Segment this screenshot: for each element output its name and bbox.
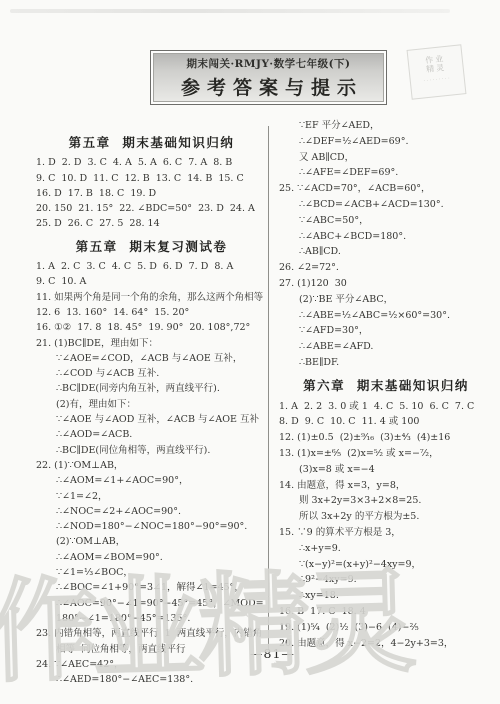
answer-line: ∵∠1=¹⁄₃∠BOC， xyxy=(36,565,267,580)
answer-line: 1. A 2. 2 3. 0 或 1 4. C 5. 10 6. C 7. C xyxy=(279,399,493,415)
page-number: —81— xyxy=(250,646,295,661)
answer-line: 21. (1)BC∥DE，理由如下： xyxy=(36,336,267,351)
answer-line: ∵∠AOE=∠COD，∠ACB 与∠AOE 互补， xyxy=(36,351,267,366)
answer-line: 14. 由题意，得 x=3，y=8， xyxy=(279,478,493,494)
section-heading: 第五章 期末基础知识归纳 xyxy=(36,128,267,155)
answer-line: 16. D 17. B 18. C 19. D xyxy=(36,186,267,201)
answer-line: ∵∠AFD=30°， xyxy=(279,323,493,339)
answer-line: 又 AB∥CD， xyxy=(279,150,493,166)
answer-line: ∴∠COD 与∠ACB 互补. xyxy=(36,366,267,381)
answer-line: 25. ∵∠ACD=70°，∠ACB=60°， xyxy=(279,181,493,197)
book-series-title: 期末闯关·RMJY·数学七年级(下) xyxy=(186,56,350,71)
answer-line: 24. ∵∠AEC=42°， xyxy=(36,657,267,672)
answer-line: 1. A 2. C 3. C 4. C 5. D 6. D 7. D 8. A xyxy=(36,259,267,274)
answer-line: 23. 内错角相等，两直线平行 1 两直线平行，内错角 xyxy=(36,626,267,641)
answer-line: 则 3x+2y=3×3+2×8=25. xyxy=(279,493,493,509)
answer-line: ∵(x−y)²=(x+y)²−4xy=9， xyxy=(279,557,493,573)
answer-line: ∴∠AOM=∠BOM=90°. xyxy=(36,550,267,565)
answer-line: 27. (1)120 30 xyxy=(279,276,493,292)
page-title: 参考答案与提示 xyxy=(174,73,363,100)
answer-line: ∵∠ABC=50°， xyxy=(279,213,493,229)
answer-line: ∴∠AOD=∠ACB. xyxy=(36,427,267,442)
answer-line: 15. ∵9 的算术平方根是 3， xyxy=(279,525,493,541)
answer-line: ∴∠NOC=∠2+∠AOC=90°. xyxy=(36,504,267,519)
answer-line: ∴∠NOD=180°−∠NOC=180°−90°=90°. xyxy=(36,519,267,534)
answer-line: ∴∠AOC=90°−∠1=90°−45°=45°，∠MOD= xyxy=(36,596,267,611)
answer-line: 25. D 26. C 27. 5 28. 14 xyxy=(36,216,267,231)
answer-line: (2)∵OM⊥AB， xyxy=(36,534,267,549)
answer-line: 26. ∠2=72°. xyxy=(279,260,493,276)
answer-line: ∴∠AFE=∠DEF=69°. xyxy=(279,165,493,181)
scanned-answer-page: { "header": { "series_line": "期末闯关·RMJY·… xyxy=(0,0,500,704)
answer-line: (2)有，理由如下： xyxy=(36,397,267,412)
answer-line: ∴BC∥DE(同位角相等，两直线平行). xyxy=(36,443,267,458)
answer-line: ∴∠BCD=∠ACB+∠ACD=130°. xyxy=(279,197,493,213)
answer-line: ∴∠ABC+∠BCD=180°. xyxy=(279,229,493,245)
answer-line: ∴9²−4xy=9. xyxy=(279,572,493,588)
answer-line: ∴AB∥CD. xyxy=(279,244,493,260)
answer-line: 8. D 9. C 10. C 11. 4 或 100 xyxy=(279,414,493,430)
section-heading: 第五章 期末复习测试卷 xyxy=(36,232,267,259)
answer-line: 20. 由题意，得 x−2=2，4−2y+3=3， xyxy=(279,636,493,652)
scan-shadow xyxy=(10,9,450,13)
answer-line: 9. C 10. A xyxy=(36,274,267,289)
answer-line: ∴∠BOC=∠1+90°=3∠1，解得∠1=45°， xyxy=(36,580,267,595)
answer-line: ∴BC∥DE(同旁内角互补，两直线平行). xyxy=(36,381,267,396)
answer-line: ∴xy=18. xyxy=(279,588,493,604)
answer-line: (3)x=8 或 x=−4 xyxy=(279,462,493,478)
answer-line: ∵∠AOE 与∠AOD 互补，∠ACB 与∠AOE 互补 xyxy=(36,412,267,427)
stamp-small-marks: ········· xyxy=(411,74,464,86)
right-answer-column: ∵EF 平分∠AED，∴∠DEF=¹⁄₂∠AED=69°.又 AB∥CD，∴∠A… xyxy=(279,118,493,651)
answer-line: ∴BE∥DF. xyxy=(279,355,493,371)
answer-line: 所以 3x+2y 的平方根为±5. xyxy=(279,509,493,525)
answer-line: ∴∠AED=180°−∠AEC=138°. xyxy=(36,672,267,687)
answer-line: 19. (1)⁵⁄₄ (2)¹⁄₂ (3)−6 (4)−²⁄₅ xyxy=(279,620,493,636)
header-inner-panel: 期末闯关·RMJY·数学七年级(下) 参考答案与提示 xyxy=(153,53,384,102)
answer-line: 22. (1)∵OM⊥AB， xyxy=(36,458,267,473)
answer-line: 180°−∠1=180°−45°=135°. xyxy=(36,611,267,626)
answer-line: 1. D 2. D 3. C 4. A 5. A 6. C 7. A 8. B xyxy=(36,155,267,170)
answer-line: 20. 150 21. 15° 22. ∠BDC=50° 23. D 24. A xyxy=(36,201,267,216)
answer-line: 相等 同位角相等，两直线平行 xyxy=(36,642,267,657)
answer-line: (2)∵BE 平分∠ABC， xyxy=(279,292,493,308)
answer-line: ∴x+y=9. xyxy=(279,541,493,557)
answer-line: 9. C 10. D 11. C 12. B 13. C 14. B 15. C xyxy=(36,171,267,186)
answer-line: ∵∠1=∠2， xyxy=(36,489,267,504)
answer-key-header-box: 期末闯关·RMJY·数学七年级(下) 参考答案与提示 xyxy=(150,50,387,105)
section-heading: 第六章 期末基础知识归纳 xyxy=(279,371,493,399)
answer-line: 16. B 17. C 18. 4 xyxy=(279,604,493,620)
column-divider-rule xyxy=(268,126,269,650)
answer-line: 12. (1)±0.5 (2)±⁹⁄₁₆ (3)±⁴⁄₃ (4)±16 xyxy=(279,430,493,446)
answer-line: 12. 6 13. 160° 14. 64° 15. 20° xyxy=(36,305,267,320)
answer-line: ∴∠ABE=¹⁄₂∠ABC=¹⁄₂×60°=30°. xyxy=(279,308,493,324)
answer-line: ∴∠AOM=∠1+∠AOC=90°， xyxy=(36,473,267,488)
left-answer-column: 第五章 期末基础知识归纳1. D 2. D 3. C 4. A 5. A 6. … xyxy=(36,128,267,687)
answer-line: 13. (1)x=±⁶⁄₅ (2)x=⁵⁄₂ 或 x=−⁷⁄₂， xyxy=(279,446,493,462)
answer-line: 16. ①② 17. 8 18. 45° 19. 90° 20. 108°,72… xyxy=(36,320,267,335)
answer-line: ∴∠DEF=¹⁄₂∠AED=69°. xyxy=(279,134,493,150)
answer-line: ∴∠ABE=∠AFD. xyxy=(279,339,493,355)
app-stamp: 作业 精灵 ········· xyxy=(407,44,467,99)
answer-line: ∵EF 平分∠AED， xyxy=(279,118,493,134)
answer-line: 11. 如果两个角是同一个角的余角，那么这两个角相等 xyxy=(36,290,267,305)
